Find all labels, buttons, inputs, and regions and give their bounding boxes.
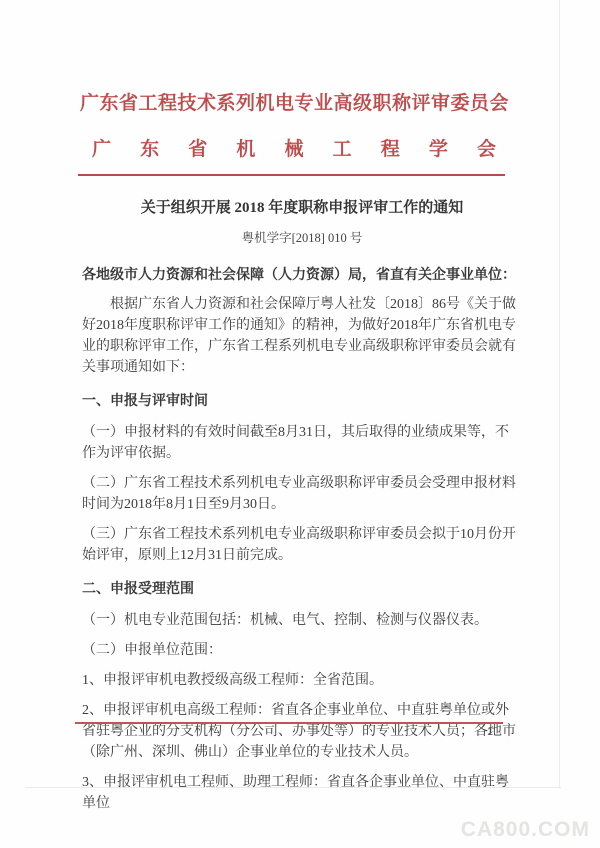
- page-number: 1: [478, 726, 502, 738]
- paragraph-2-2-item-2: 2、申报评审机电高级工程师：省直各企事业单位、中直驻粤单位或外省驻粤企业的分支机…: [82, 700, 522, 763]
- document-body: 关于组织开展 2018 年度职称申报评审工作的通知 粤机学字[2018] 010…: [82, 198, 522, 823]
- scan-page-right-edge: [559, 0, 560, 788]
- watermark-text: CA800.COM: [461, 818, 590, 842]
- intro-paragraph: 根据广东省人力资源和社会保障厅粤人社发〔2018〕86号《关于做好2018年度职…: [82, 294, 522, 378]
- paragraph-1-3: （三）广东省工程技术系列机电专业高级职称评审委员会拟于10月份开始评审，原则上1…: [82, 524, 522, 566]
- paragraph-2-2-item-3: 3、申报评审机电工程师、助理工程师：省直各企事业单位、中直驻粤单位: [82, 772, 522, 814]
- section-heading-1: 一、申报与评审时间: [82, 391, 522, 412]
- footer-divider-rule: [75, 722, 503, 724]
- letterhead-org-line2: 广东省机械工程学会: [92, 134, 496, 161]
- paragraph-1-2: （二）广东省工程技术系列机电专业高级职称评审委员会受理申报材料时间为2018年8…: [82, 473, 522, 515]
- document-number: 粤机学字[2018] 010 号: [82, 228, 522, 249]
- paragraph-2-2: （二）申报单位范围：: [82, 640, 522, 661]
- paragraph-2-1: （一）机电专业范围包括：机械、电气、控制、检测与仪器仪表。: [82, 610, 522, 631]
- paragraph-1-1: （一）申报材料的有效时间截至8月31日，其后取得的业绩成果等，不作为评审依据。: [82, 422, 522, 464]
- scanned-document-page: 广东省工程技术系列机电专业高级职称评审委员会 广东省机械工程学会 关于组织开展 …: [0, 0, 600, 848]
- letterhead-divider-rule: [78, 174, 505, 176]
- scan-page-bottom-edge: [25, 787, 561, 788]
- letterhead: 广东省工程技术系列机电专业高级职称评审委员会 广东省机械工程学会: [80, 88, 508, 161]
- paragraph-2-2-item-1: 1、申报评审机电教授级高级工程师：全省范围。: [82, 670, 522, 691]
- section-heading-2: 二、申报受理范围: [82, 579, 522, 600]
- document-title: 关于组织开展 2018 年度职称申报评审工作的通知: [82, 198, 522, 219]
- salutation-line: 各地级市人力资源和社会保障（人力资源）局，省直有关企事业单位：: [82, 265, 522, 286]
- letterhead-org-line1: 广东省工程技术系列机电专业高级职称评审委员会: [80, 88, 508, 115]
